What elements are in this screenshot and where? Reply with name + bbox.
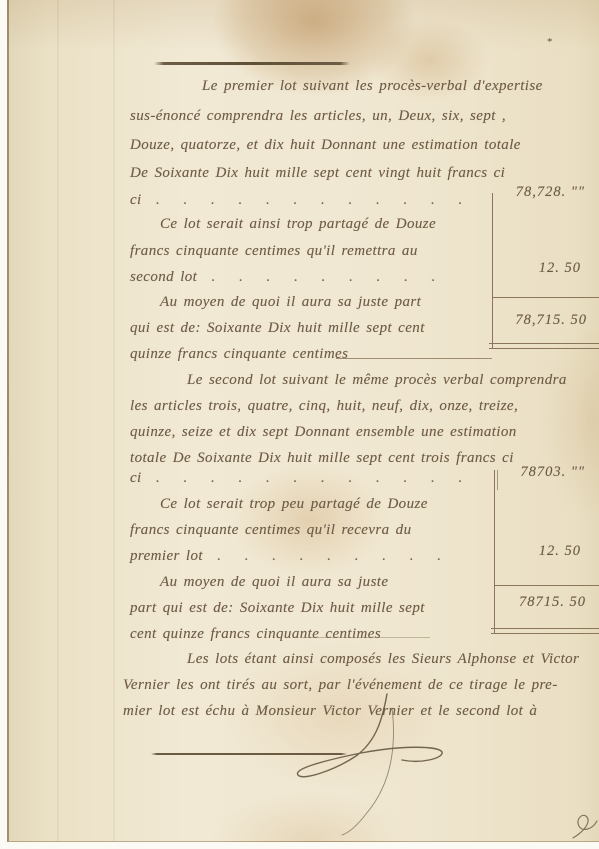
paraph-icon bbox=[561, 808, 599, 842]
manuscript-page: * Le premier lot suivant les procès-verb… bbox=[7, 0, 599, 842]
manuscript-scan: * Le premier lot suivant les procès-verb… bbox=[0, 0, 599, 849]
signature-flourish bbox=[9, 0, 599, 842]
